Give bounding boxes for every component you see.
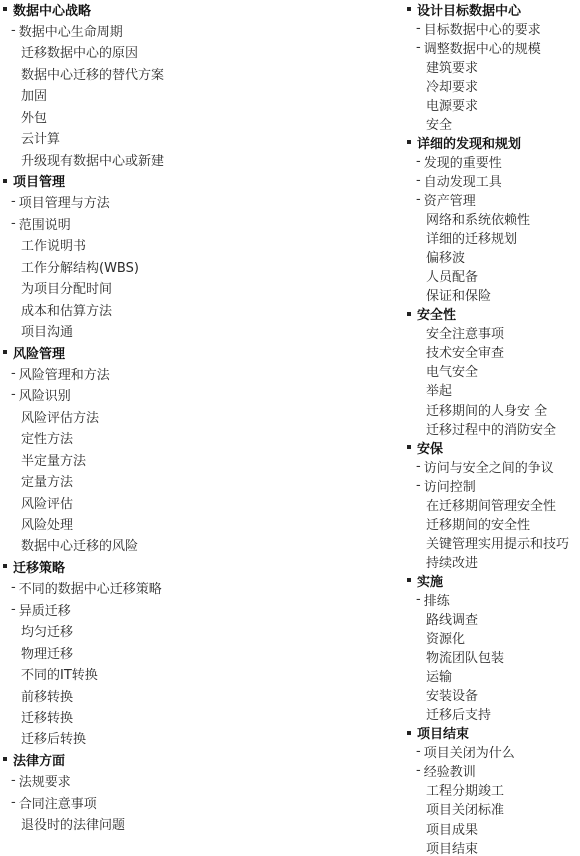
outline-detail-item: 退役时的法律问题 [0, 813, 400, 834]
outline-detail-item: 迁移期间的安全性 [405, 514, 580, 533]
dash-marker: - [416, 192, 421, 207]
outline-item-label: 法规要求 [19, 771, 71, 790]
outline-detail-item: 风险评估 [0, 491, 400, 512]
outline-item-label: 安保 [417, 438, 443, 457]
outline-detail-item: 举起 [405, 380, 580, 399]
outline-item-label: 详细的发现和规划 [417, 133, 521, 152]
outline-subitem: -目标数据中心的要求 [405, 19, 580, 38]
section-heading: 法律方面 [0, 749, 400, 770]
outline-item-label: 风险识别 [19, 385, 71, 404]
outline-item-label: 网络和系统依赖性 [426, 209, 530, 228]
dash-marker: - [416, 592, 421, 607]
outline-item-label: 迁移期间的人身安 全 [426, 400, 547, 419]
outline-item-label: 详细的迁移规划 [426, 228, 517, 247]
outline-item-label: 发现的重要性 [424, 152, 502, 171]
outline-detail-item: 安全 [405, 114, 580, 133]
outline-column-left: 数据中心战略-数据中心生命周期迁移数据中心的原因数据中心迁移的替代方案加固外包云… [0, 0, 400, 834]
outline-detail-item: 网络和系统依赖性 [405, 209, 580, 228]
outline-item-label: 云计算 [21, 128, 60, 147]
outline-item-label: 工作分解结构(WBS) [21, 257, 139, 276]
outline-column-right: 设计目标数据中心-目标数据中心的要求-调整数据中心的规模建筑要求冷却要求电源要求… [405, 0, 580, 856]
square-bullet-icon [407, 578, 411, 582]
dash-marker: - [416, 478, 421, 493]
outline-subitem: -合同注意事项 [0, 792, 400, 813]
outline-subitem: -自动发现工具 [405, 171, 580, 190]
section-heading: 项目结束 [405, 723, 580, 742]
outline-subitem: -数据中心生命周期 [0, 20, 400, 41]
outline-detail-item: 风险评估方法 [0, 406, 400, 427]
section-heading: 详细的发现和规划 [405, 133, 580, 152]
outline-detail-item: 外包 [0, 106, 400, 127]
dash-marker: - [416, 154, 421, 169]
outline-detail-item: 工作说明书 [0, 234, 400, 255]
dash-marker: - [416, 763, 421, 778]
outline-item-label: 项目管理 [13, 171, 65, 190]
outline-detail-item: 定量方法 [0, 470, 400, 491]
outline-item-label: 数据中心迁移的替代方案 [21, 64, 164, 83]
outline-detail-item: 均匀迁移 [0, 620, 400, 641]
outline-item-label: 资产管理 [424, 190, 476, 209]
outline-item-label: 数据中心迁移的风险 [21, 535, 138, 554]
outline-item-label: 合同注意事项 [19, 793, 97, 812]
outline-detail-item: 在迁移期间管理安全性 [405, 495, 580, 514]
square-bullet-icon [407, 140, 411, 144]
dash-marker: - [11, 23, 16, 38]
outline-item-label: 访问控制 [424, 476, 476, 495]
outline-item-label: 举起 [426, 380, 452, 399]
outline-item-label: 半定量方法 [21, 450, 86, 469]
section-heading: 实施 [405, 571, 580, 590]
outline-item-label: 电源要求 [426, 95, 478, 114]
outline-item-label: 项目管理与方法 [19, 192, 110, 211]
outline-detail-item: 物流团队包装 [405, 647, 580, 666]
outline-detail-item: 迁移转换 [0, 706, 400, 727]
outline-item-label: 安全性 [417, 304, 456, 323]
outline-detail-item: 不同的IT转换 [0, 663, 400, 684]
outline-item-label: 项目结束 [417, 723, 469, 742]
outline-detail-item: 迁移后转换 [0, 727, 400, 748]
square-bullet-icon [3, 564, 7, 568]
square-bullet-icon [3, 179, 7, 183]
outline-item-label: 项目成果 [426, 819, 478, 838]
outline-subitem: -风险管理和方法 [0, 363, 400, 384]
outline-item-label: 在迁移期间管理安全性 [426, 495, 556, 514]
square-bullet-icon [407, 312, 411, 316]
outline-item-label: 项目沟通 [21, 321, 73, 340]
outline-item-label: 成本和估算方法 [21, 300, 112, 319]
outline-detail-item: 路线调查 [405, 609, 580, 628]
outline-item-label: 人员配备 [426, 266, 478, 285]
dash-marker: - [11, 366, 16, 381]
dash-marker: - [11, 602, 16, 617]
outline-subitem: -项目关闭为什么 [405, 742, 580, 761]
outline-item-label: 风险评估 [21, 493, 73, 512]
outline-subitem: -范围说明 [0, 213, 400, 234]
outline-subitem: -风险识别 [0, 384, 400, 405]
outline-item-label: 范围说明 [19, 214, 71, 233]
outline-detail-item: 建筑要求 [405, 57, 580, 76]
outline-item-label: 路线调查 [426, 609, 478, 628]
square-bullet-icon [3, 757, 7, 761]
section-heading: 数据中心战略 [0, 0, 400, 20]
dash-marker: - [416, 173, 421, 188]
outline-detail-item: 电源要求 [405, 95, 580, 114]
outline-item-label: 项目关闭标准 [426, 799, 504, 818]
outline-item-label: 迁移期间的安全性 [426, 514, 530, 533]
outline-subitem: -排练 [405, 590, 580, 609]
outline-item-label: 安全注意事项 [426, 323, 504, 342]
dash-marker: - [11, 387, 16, 402]
outline-subitem: -资产管理 [405, 190, 580, 209]
outline-item-label: 不同的数据中心迁移策略 [19, 578, 162, 597]
dash-marker: - [416, 744, 421, 759]
outline-detail-item: 迁移期间的人身安 全 [405, 399, 580, 418]
outline-detail-item: 数据中心迁移的风险 [0, 534, 400, 555]
outline-item-label: 风险处理 [21, 514, 73, 533]
outline-detail-item: 定性方法 [0, 427, 400, 448]
outline-detail-item: 为项目分配时间 [0, 277, 400, 298]
dash-marker: - [11, 795, 16, 810]
outline-detail-item: 前移转换 [0, 684, 400, 705]
outline-subitem: -调整数据中心的规模 [405, 38, 580, 57]
outline-item-label: 迁移数据中心的原因 [21, 42, 138, 61]
square-bullet-icon [407, 445, 411, 449]
outline-item-label: 实施 [417, 571, 443, 590]
outline-item-label: 定量方法 [21, 471, 73, 490]
outline-item-label: 迁移过程中的消防安全 [426, 419, 556, 438]
outline-detail-item: 冷却要求 [405, 76, 580, 95]
outline-item-label: 偏移波 [426, 247, 465, 266]
outline-subitem: -法规要求 [0, 770, 400, 791]
outline-detail-item: 加固 [0, 84, 400, 105]
outline-item-label: 设计目标数据中心 [417, 0, 521, 19]
outline-item-label: 定性方法 [21, 428, 73, 447]
outline-detail-item: 资源化 [405, 628, 580, 647]
outline-item-label: 运输 [426, 666, 452, 685]
square-bullet-icon [3, 7, 7, 11]
outline-item-label: 安全 [426, 114, 452, 133]
outline-item-label: 加固 [21, 85, 47, 104]
outline-item-label: 安装设备 [426, 685, 478, 704]
outline-subitem: -访问与安全之间的争议 [405, 457, 580, 476]
outline-item-label: 风险管理和方法 [19, 364, 110, 383]
outline-subitem: -发现的重要性 [405, 152, 580, 171]
outline-item-label: 数据中心战略 [13, 0, 91, 19]
section-heading: 安保 [405, 438, 580, 457]
outline-detail-item: 偏移波 [405, 247, 580, 266]
section-heading: 安全性 [405, 304, 580, 323]
outline-item-label: 自动发现工具 [424, 171, 502, 190]
outline-detail-item: 云计算 [0, 127, 400, 148]
outline-item-label: 不同的IT转换 [21, 664, 98, 683]
outline-item-label: 项目结束 [426, 838, 478, 856]
outline-item-label: 关键管理实用提示和技巧 [426, 533, 569, 552]
outline-item-label: 持续改进 [426, 552, 478, 571]
outline-item-label: 资源化 [426, 628, 465, 647]
outline-detail-item: 迁移数据中心的原因 [0, 41, 400, 62]
outline-detail-item: 持续改进 [405, 552, 580, 571]
outline-detail-item: 迁移后支持 [405, 704, 580, 723]
dash-marker: - [416, 21, 421, 36]
outline-subitem: -异质迁移 [0, 599, 400, 620]
outline-detail-item: 迁移过程中的消防安全 [405, 419, 580, 438]
outline-item-label: 技术安全审查 [426, 342, 504, 361]
outline-item-label: 物流团队包装 [426, 647, 504, 666]
outline-item-label: 法律方面 [13, 750, 65, 769]
outline-item-label: 电气安全 [426, 361, 478, 380]
outline-detail-item: 技术安全审查 [405, 342, 580, 361]
outline-detail-item: 详细的迁移规划 [405, 228, 580, 247]
outline-item-label: 外包 [21, 107, 47, 126]
outline-detail-item: 工程分期竣工 [405, 780, 580, 799]
outline-item-label: 建筑要求 [426, 57, 478, 76]
dash-marker: - [11, 216, 16, 231]
outline-detail-item: 运输 [405, 666, 580, 685]
outline-detail-item: 安全注意事项 [405, 323, 580, 342]
outline-detail-item: 成本和估算方法 [0, 298, 400, 319]
section-heading: 设计目标数据中心 [405, 0, 580, 19]
dash-marker: - [11, 194, 16, 209]
outline-detail-item: 电气安全 [405, 361, 580, 380]
outline-detail-item: 项目结束 [405, 838, 580, 856]
outline-detail-item: 安装设备 [405, 685, 580, 704]
outline-item-label: 排练 [424, 590, 450, 609]
outline-detail-item: 项目关闭标准 [405, 799, 580, 818]
section-heading: 风险管理 [0, 341, 400, 362]
outline-item-label: 均匀迁移 [21, 621, 73, 640]
outline-detail-item: 人员配备 [405, 266, 580, 285]
section-heading: 迁移策略 [0, 556, 400, 577]
outline-subitem: -项目管理与方法 [0, 191, 400, 212]
outline-item-label: 退役时的法律问题 [21, 814, 125, 833]
outline-item-label: 风险评估方法 [21, 407, 99, 426]
outline-item-label: 冷却要求 [426, 76, 478, 95]
outline-item-label: 目标数据中心的要求 [424, 19, 541, 38]
outline-detail-item: 工作分解结构(WBS) [0, 256, 400, 277]
outline-item-label: 升级现有数据中心或新建 [21, 150, 164, 169]
outline-item-label: 异质迁移 [19, 600, 71, 619]
outline-item-label: 项目关闭为什么 [424, 742, 515, 761]
section-heading: 项目管理 [0, 170, 400, 191]
outline-item-label: 工程分期竣工 [426, 780, 504, 799]
square-bullet-icon [3, 350, 7, 354]
outline-item-label: 迁移转换 [21, 707, 73, 726]
outline-item-label: 迁移策略 [13, 557, 65, 576]
square-bullet-icon [407, 7, 411, 11]
outline-detail-item: 风险处理 [0, 513, 400, 534]
outline-detail-item: 半定量方法 [0, 449, 400, 470]
outline-item-label: 经验教训 [424, 761, 476, 780]
outline-item-label: 工作说明书 [21, 235, 86, 254]
outline-item-label: 保证和保险 [426, 285, 491, 304]
dash-marker: - [416, 40, 421, 55]
dash-marker: - [416, 459, 421, 474]
outline-item-label: 数据中心生命周期 [19, 21, 123, 40]
outline-item-label: 物理迁移 [21, 643, 73, 662]
outline-item-label: 为项目分配时间 [21, 278, 112, 297]
outline-item-label: 调整数据中心的规模 [424, 38, 541, 57]
outline-detail-item: 关键管理实用提示和技巧 [405, 533, 580, 552]
outline-detail-item: 项目成果 [405, 819, 580, 838]
outline-detail-item: 项目沟通 [0, 320, 400, 341]
outline-subitem: -访问控制 [405, 476, 580, 495]
outline-detail-item: 保证和保险 [405, 285, 580, 304]
dash-marker: - [11, 580, 16, 595]
outline-detail-item: 数据中心迁移的替代方案 [0, 63, 400, 84]
outline-subitem: -经验教训 [405, 761, 580, 780]
outline-item-label: 迁移后转换 [21, 728, 86, 747]
dash-marker: - [11, 773, 16, 788]
outline-item-label: 访问与安全之间的争议 [424, 457, 554, 476]
outline-item-label: 前移转换 [21, 686, 73, 705]
outline-detail-item: 物理迁移 [0, 641, 400, 662]
outline-item-label: 风险管理 [13, 343, 65, 362]
square-bullet-icon [407, 731, 411, 735]
outline-subitem: -不同的数据中心迁移策略 [0, 577, 400, 598]
outline-detail-item: 升级现有数据中心或新建 [0, 148, 400, 169]
outline-item-label: 迁移后支持 [426, 704, 491, 723]
